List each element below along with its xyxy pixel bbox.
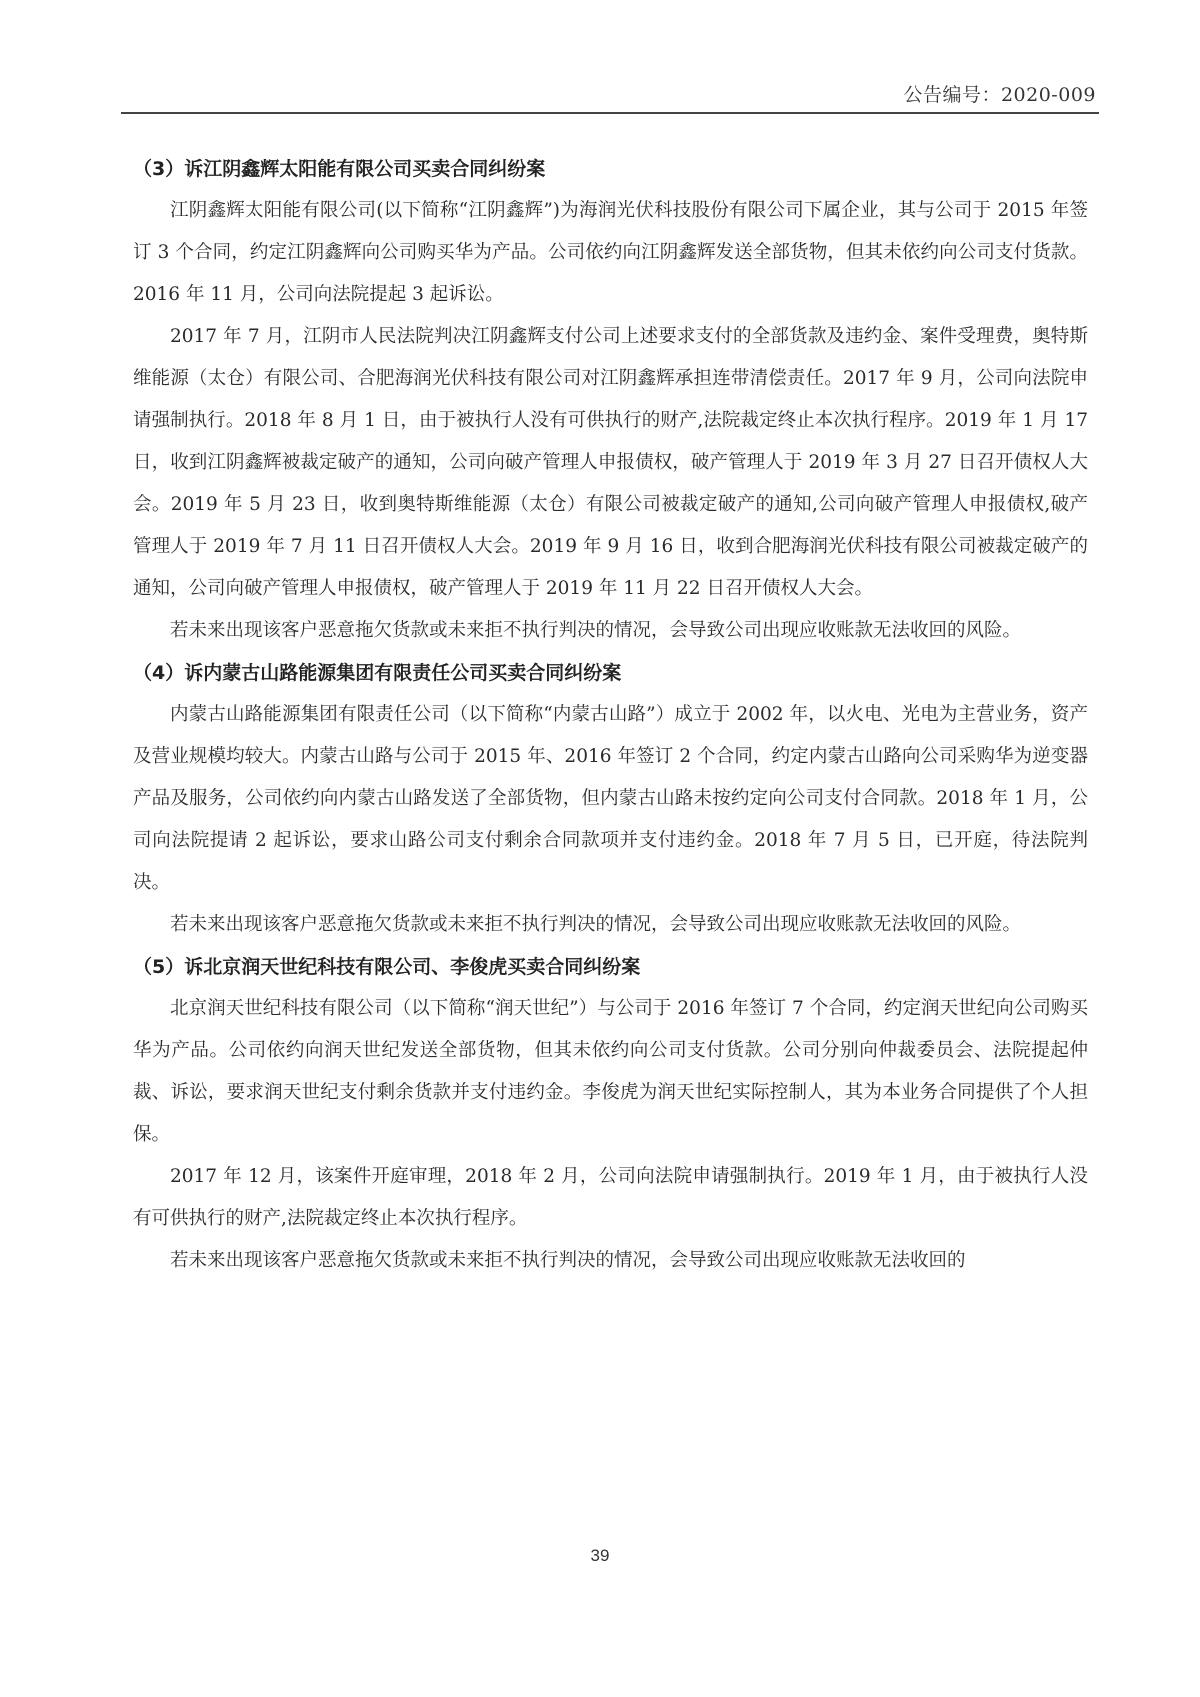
case-section-5: （5）诉北京润天世纪科技有限公司、李俊虎买卖合同纠纷案 北京润天世纪科技有限公司… [133,946,1088,1282]
paragraph: 若未来出现该客户恶意拖欠货款或未来拒不执行判决的情况，会导致公司出现应收账款无法… [133,1240,1088,1282]
paragraph: 2017 年 12 月，该案件开庭审理，2018 年 2 月，公司向法院申请强制… [133,1156,1088,1240]
section-heading: （5）诉北京润天世纪科技有限公司、李俊虎买卖合同纠纷案 [133,946,1088,988]
paragraph: 若未来出现该客户恶意拖欠货款或未来拒不执行判决的情况，会导致公司出现应收账款无法… [133,610,1088,652]
paragraph: 江阴鑫辉太阳能有限公司(以下简称“江阴鑫辉”)为海润光伏科技股份有限公司下属企业… [133,190,1088,316]
paragraph: 2017 年 7 月，江阴市人民法院判决江阴鑫辉支付公司上述要求支付的全部货款及… [133,316,1088,610]
document-body: （3）诉江阴鑫辉太阳能有限公司买卖合同纠纷案 江阴鑫辉太阳能有限公司(以下简称“… [133,148,1088,1282]
announcement-number: 公告编号：2020-009 [903,80,1096,107]
paragraph: 内蒙古山路能源集团有限责任公司（以下简称“内蒙古山路”）成立于 2002 年，以… [133,694,1088,904]
section-heading: （3）诉江阴鑫辉太阳能有限公司买卖合同纠纷案 [133,148,1088,190]
paragraph: 北京润天世纪科技有限公司（以下简称“润天世纪”）与公司于 2016 年签订 7 … [133,988,1088,1156]
page-number: 39 [0,1546,1200,1566]
section-heading: （4）诉内蒙古山路能源集团有限责任公司买卖合同纠纷案 [133,652,1088,694]
case-section-3: （3）诉江阴鑫辉太阳能有限公司买卖合同纠纷案 江阴鑫辉太阳能有限公司(以下简称“… [133,148,1088,652]
header-divider [121,112,1099,114]
paragraph: 若未来出现该客户恶意拖欠货款或未来拒不执行判决的情况，会导致公司出现应收账款无法… [133,904,1088,946]
case-section-4: （4）诉内蒙古山路能源集团有限责任公司买卖合同纠纷案 内蒙古山路能源集团有限责任… [133,652,1088,946]
